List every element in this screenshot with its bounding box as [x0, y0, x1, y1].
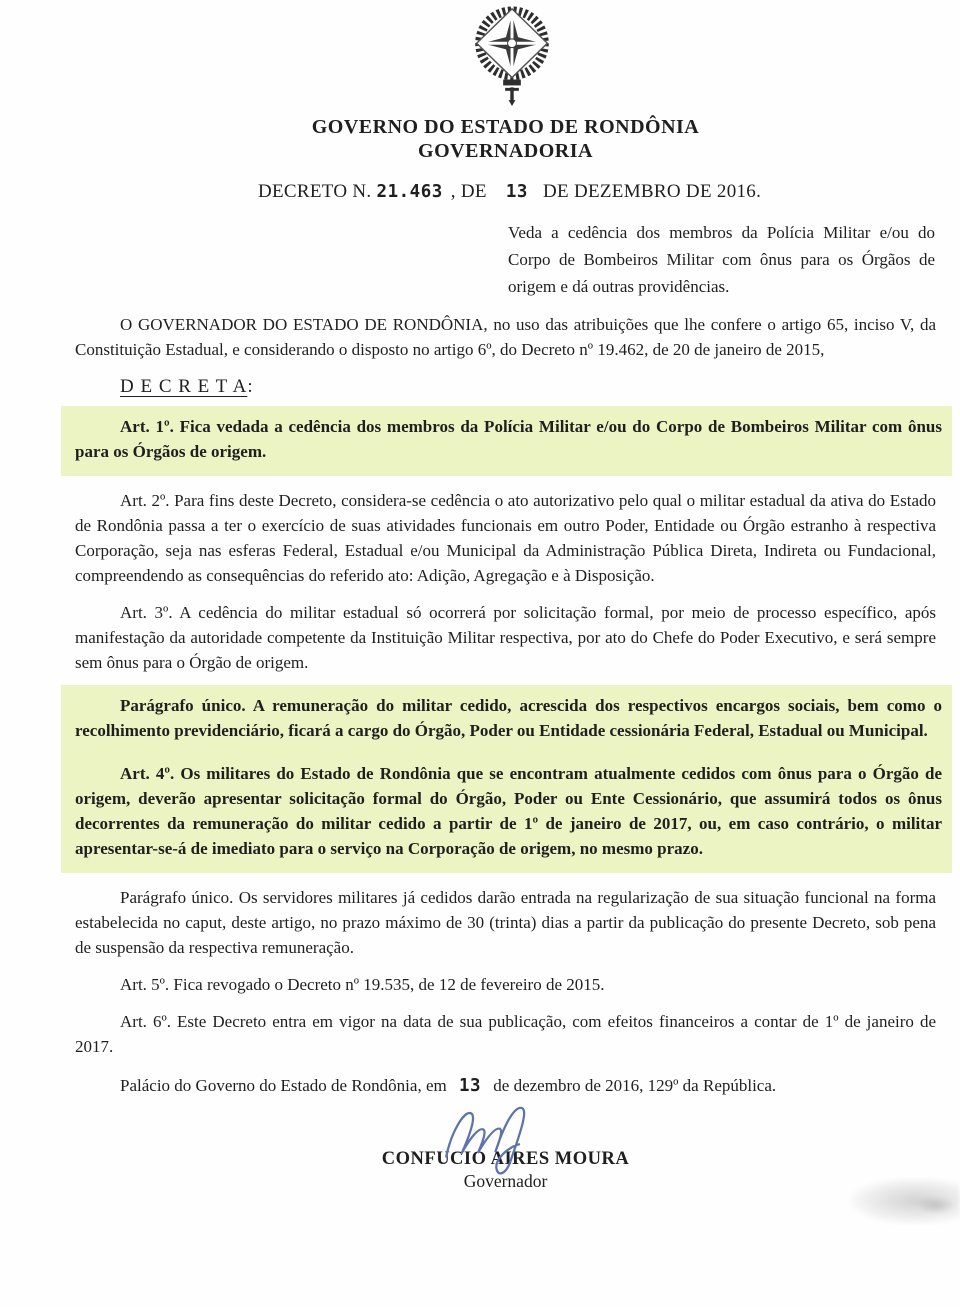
article-2: Art. 2º. Para fins deste Decreto, consid… [75, 488, 936, 588]
rondonia-coat-of-arms-icon [87, 4, 936, 113]
decree-suffix: DE DEZEMBRO DE 2016. [543, 181, 761, 202]
decree-prefix: DECRETO N. [258, 181, 371, 202]
closing-day: 13 [459, 1076, 481, 1096]
decree-day: 13 [506, 182, 528, 202]
decreta-heading: D E C R E T A: [120, 376, 936, 398]
decree-number-line: DECRETO N. 21.463, DE 13 DE DEZEMBRO DE … [258, 181, 936, 203]
article-1: Art. 1º. Fica vedada a cedência dos memb… [75, 414, 942, 464]
highlighted-block: Parágrafo único. A remuneração do milita… [61, 685, 952, 873]
decree-summary: Veda a cedência dos membros da Polícia M… [508, 219, 935, 300]
handwritten-signature-icon [421, 1101, 591, 1179]
closing-line: Palácio do Governo do Estado de Rondônia… [75, 1073, 936, 1099]
article-4-sole-paragraph: Parágrafo único. Os servidores militares… [75, 885, 936, 960]
article-4: Art. 4º. Os militares do Estado de Rondô… [75, 761, 942, 861]
preamble-paragraph: O GOVERNADOR DO ESTADO DE RONDÔNIA, no u… [75, 312, 936, 362]
governadoria-subtitle: GOVERNADORIA [75, 139, 936, 163]
article-3-sole-paragraph: Parágrafo único. A remuneração do milita… [75, 693, 942, 743]
article-3: Art. 3º. A cedência do militar estadual … [75, 600, 936, 675]
decree-number: 21.463 [377, 182, 443, 202]
government-title: GOVERNO DO ESTADO DE RONDÔNIA [75, 115, 936, 139]
scan-smudge-artifact-small [916, 1196, 956, 1214]
decree-mid: , DE [451, 181, 487, 202]
signature-block: CONFUCIO AIRES MOURA Governador [75, 1101, 936, 1193]
highlighted-article-1: Art. 1º. Fica vedada a cedência dos memb… [61, 406, 952, 476]
closing-suffix: de dezembro de 2016, 129º da República. [493, 1076, 776, 1095]
article-6: Art. 6º. Este Decreto entra em vigor na … [75, 1009, 936, 1059]
closing-prefix: Palácio do Governo do Estado de Rondônia… [120, 1076, 447, 1095]
decree-document-page: GOVERNO DO ESTADO DE RONDÔNIA GOVERNADOR… [0, 0, 960, 1307]
article-5: Art. 5º. Fica revogado o Decreto nº 19.5… [75, 972, 936, 997]
